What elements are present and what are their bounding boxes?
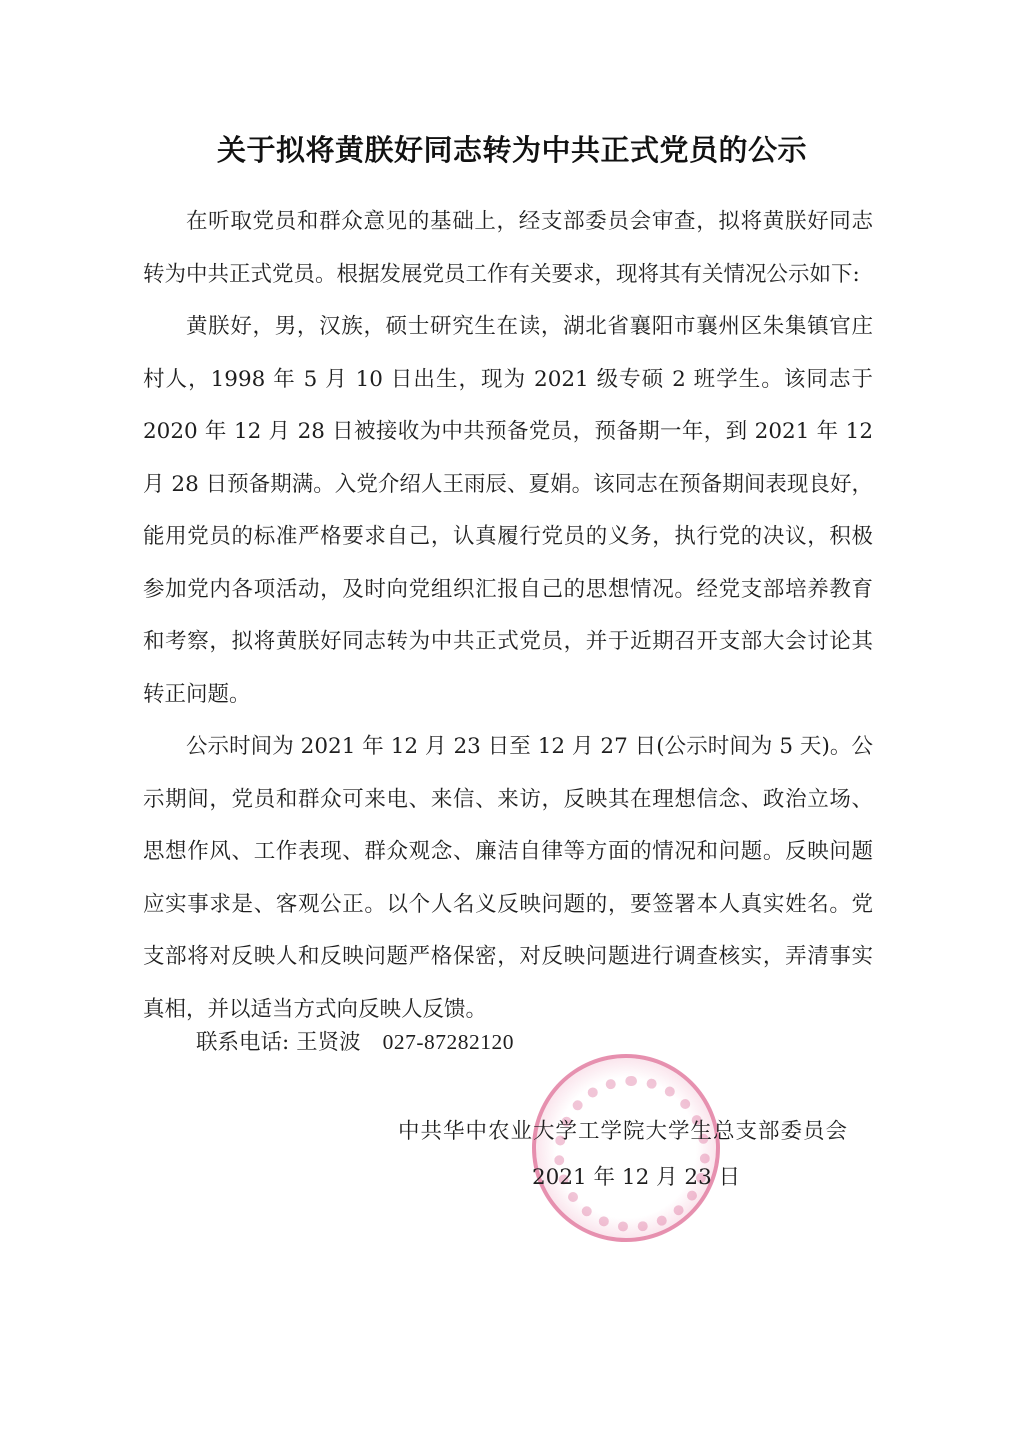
official-seal-icon [532,1054,720,1242]
paragraph-intro: 在听取党员和群众意见的基础上，经支部委员会审查，拟将黄朕好同志转为中共正式党员。… [143,196,873,301]
contact-line: 联系电话: 王贤波027-87282120 [196,1022,514,1063]
paragraph-candidate-info: 黄朕好，男，汉族，硕士研究生在读，湖北省襄阳市襄州区朱集镇官庄村人，1998 年… [143,301,873,721]
seal-inner-ring [554,1076,710,1232]
issue-date: 2021 年 12 月 23 日 [532,1160,740,1191]
contact-label: 联系电话: 王贤波 [196,1030,361,1055]
paragraph-publicity-period: 公示时间为 2021 年 12 月 23 日至 12 月 27 日(公示时间为 … [143,721,873,1036]
document-body: 在听取党员和群众意见的基础上，经支部委员会审查，拟将黄朕好同志转为中共正式党员。… [143,196,873,1036]
issuing-organization: 中共华中农业大学工学院大学生总支部委员会 [398,1114,848,1145]
contact-phone: 027-87282120 [383,1030,514,1054]
document-title: 关于拟将黄朕好同志转为中共正式党员的公示 [0,128,1024,169]
